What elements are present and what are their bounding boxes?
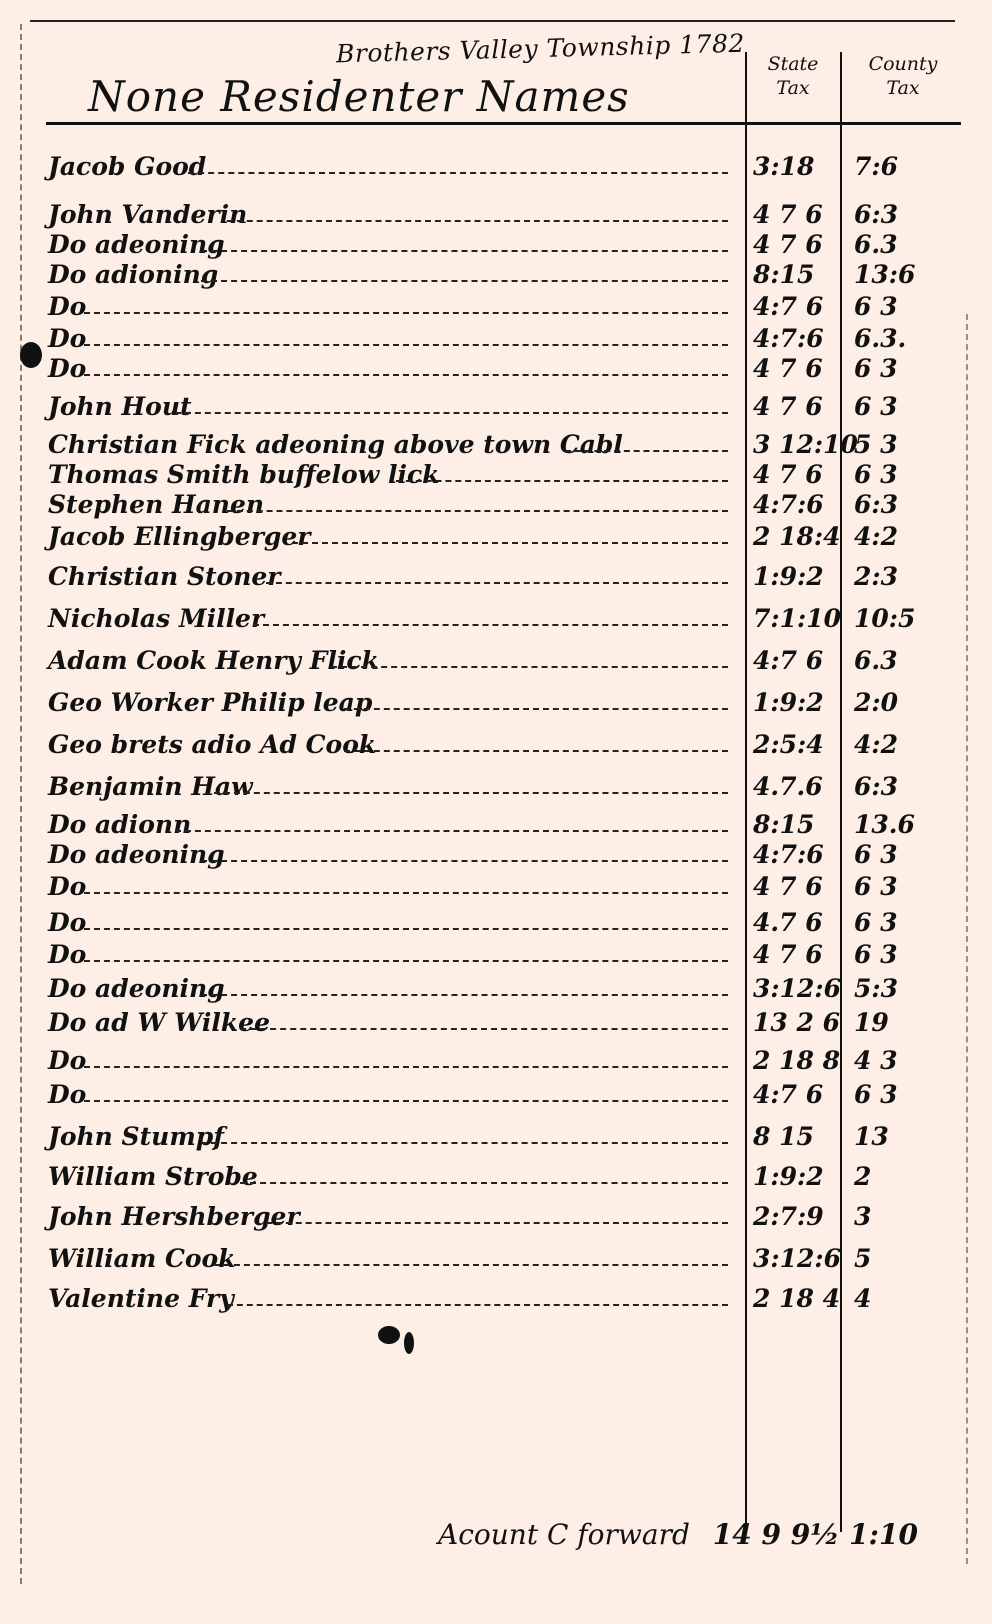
county-tax-amount: 5:3 [854, 974, 954, 1003]
county-tax-amount: 2 [854, 1162, 954, 1191]
list-title: None Residenter Names [88, 72, 630, 121]
county-tax-amount: 4:2 [854, 730, 954, 759]
county-tax-amount: 5 [854, 1244, 954, 1273]
ledger-row: Do4 7 66 3 [18, 354, 968, 388]
dotted-leader-line [175, 830, 728, 832]
state-tax-amount: 3:18 [753, 152, 843, 181]
footer-total: 14 9 9½ 1:10 [713, 1518, 918, 1551]
taxpayer-name: William Strobe [48, 1162, 258, 1191]
county-tax-amount: 6 3 [854, 872, 954, 901]
county-tax-amount: 6 3 [854, 354, 954, 383]
state-tax-amount: 3:12:6 [753, 974, 843, 1003]
ledger-row: Jacob Ellingberger2 18:44:2 [18, 522, 968, 556]
ledger-row: Do4:7 66 3 [18, 292, 968, 326]
taxpayer-name: Do adeoning [48, 974, 225, 1003]
state-tax-amount: 4.7 6 [753, 908, 843, 937]
county-tax-amount: 6.3 [854, 230, 954, 259]
township-heading: Brothers Valley Township 1782 [336, 29, 745, 69]
ledger-row: Valentine Fry2 18 44 [18, 1284, 968, 1318]
dotted-leader-line [253, 624, 728, 626]
county-tax-amount: 6 3 [854, 840, 954, 869]
state-tax-amount: 2:7:9 [753, 1202, 843, 1231]
dotted-leader-line [227, 1304, 728, 1306]
county-tax-amount: 2:3 [854, 562, 954, 591]
state-tax-amount: 4 7 6 [753, 200, 843, 229]
county-tax-amount: 2:0 [854, 688, 954, 717]
county-tax-column-header: County Tax [853, 52, 953, 100]
ledger-row: John Hout4 7 66 3 [18, 392, 968, 426]
ledger-page: Brothers Valley Township 1782 None Resid… [18, 14, 968, 1610]
taxpayer-name: William Cook [48, 1244, 236, 1273]
dotted-leader-line [227, 220, 728, 222]
state-tax-amount: 8 15 [753, 1122, 843, 1151]
state-tax-column-header: State Tax [750, 52, 836, 100]
ledger-row: William Strobe1:9:22 [18, 1162, 968, 1196]
taxpayer-name: Christian Fick adeoning above town Cabl [48, 430, 623, 459]
county-tax-amount: 4 [854, 1284, 954, 1313]
dotted-leader-line [84, 960, 728, 962]
dotted-leader-line [201, 994, 728, 996]
county-tax-amount: 19 [854, 1008, 954, 1037]
taxpayer-name: Thomas Smith buffelow lick [48, 460, 440, 489]
ledger-row: Adam Cook Henry Flick4:7 66.3 [18, 646, 968, 680]
state-tax-amount: 2 18:4 [753, 522, 843, 551]
county-tax-amount: 6 3 [854, 940, 954, 969]
taxpayer-name: Do [48, 940, 86, 969]
ledger-row: William Cook3:12:65 [18, 1244, 968, 1278]
taxpayer-name: Stephen Hanen [48, 490, 264, 519]
ledger-row: John Vanderin4 7 66:3 [18, 200, 968, 234]
county-tax-amount: 13 [854, 1122, 954, 1151]
ledger-row: Do ad W Wilkee13 2 619 [18, 1008, 968, 1042]
dotted-leader-line [266, 582, 728, 584]
ink-blot [404, 1332, 414, 1354]
ledger-row: Benjamin Haw4.7.66:3 [18, 772, 968, 806]
state-tax-amount: 2 18 8 [753, 1046, 843, 1075]
county-tax-amount: 6.3 [854, 646, 954, 675]
state-tax-amount: 8:15 [753, 260, 843, 289]
county-tax-amount: 4:2 [854, 522, 954, 551]
dotted-leader-line [84, 892, 728, 894]
ledger-row: Do4:7 66 3 [18, 1080, 968, 1114]
county-tax-amount: 6 3 [854, 292, 954, 321]
ledger-row: John Hershberger2:7:93 [18, 1202, 968, 1236]
ledger-row: Do adionn8:1513.6 [18, 810, 968, 844]
taxpayer-name: John Hershberger [48, 1202, 300, 1231]
taxpayer-name: Do [48, 324, 86, 353]
taxpayer-name: Do adionn [48, 810, 191, 839]
ledger-row: Christian Stoner1:9:22:3 [18, 562, 968, 596]
dotted-leader-line [84, 928, 728, 930]
ledger-row: Jacob Good3:187:6 [18, 152, 968, 186]
dotted-leader-line [84, 1066, 728, 1068]
ledger-row: Do4.7 66 3 [18, 908, 968, 942]
county-tax-amount: 6 3 [854, 460, 954, 489]
ledger-row: Do4 7 66 3 [18, 940, 968, 974]
taxpayer-name: Do [48, 872, 86, 901]
account-carried-forward: Acount C forward 14 9 9½ 1:10 [438, 1518, 918, 1551]
dotted-leader-line [266, 1222, 728, 1224]
state-tax-amount: 2:5:4 [753, 730, 843, 759]
ledger-row: John Stumpf8 1513 [18, 1122, 968, 1156]
state-tax-amount: 4 7 6 [753, 460, 843, 489]
ledger-row: Do2 18 84 3 [18, 1046, 968, 1080]
ink-blot [378, 1326, 400, 1344]
county-tax-amount: 4 3 [854, 1046, 954, 1075]
state-tax-amount: 4:7:6 [753, 490, 843, 519]
county-tax-amount: 7:6 [854, 152, 954, 181]
county-tax-amount: 13.6 [854, 810, 954, 839]
taxpayer-name: John Vanderin [48, 200, 247, 229]
dotted-leader-line [175, 412, 728, 414]
state-tax-amount: 4:7:6 [753, 324, 843, 353]
state-tax-amount: 1:9:2 [753, 562, 843, 591]
taxpayer-name: Nicholas Miller [48, 604, 264, 633]
ledger-row: Do4:7:66.3. [18, 324, 968, 358]
dotted-leader-line [201, 1142, 728, 1144]
state-tax-amount: 1:9:2 [753, 1162, 843, 1191]
state-tax-amount: 4 7 6 [753, 230, 843, 259]
state-tax-amount: 4.7.6 [753, 772, 843, 801]
county-tax-amount: 6:3 [854, 200, 954, 229]
dotted-leader-line [214, 1264, 728, 1266]
county-tax-amount: 6.3. [854, 324, 954, 353]
ledger-row: Do4 7 66 3 [18, 872, 968, 906]
state-tax-amount: 4 7 6 [753, 392, 843, 421]
dotted-leader-line [240, 1028, 728, 1030]
dotted-leader-line [240, 1182, 728, 1184]
state-tax-amount: 2 18 4 [753, 1284, 843, 1313]
dotted-leader-line [396, 480, 728, 482]
dotted-leader-line [201, 250, 728, 252]
dotted-leader-line [292, 542, 728, 544]
state-tax-amount: 13 2 6 [753, 1008, 843, 1037]
taxpayer-name: Do adeoning [48, 230, 225, 259]
county-tax-amount: 6:3 [854, 490, 954, 519]
taxpayer-name: Do ad W Wilkee [48, 1008, 270, 1037]
county-tax-amount: 6 3 [854, 908, 954, 937]
taxpayer-name: Do [48, 908, 86, 937]
dotted-leader-line [84, 374, 728, 376]
dotted-leader-line [188, 172, 728, 174]
dotted-leader-line [84, 344, 728, 346]
header-rule [46, 122, 961, 125]
county-tax-amount: 5 3 [854, 430, 954, 459]
ledger-row: Do adeoning3:12:65:3 [18, 974, 968, 1008]
taxpayer-name: Do [48, 292, 86, 321]
dotted-leader-line [201, 860, 728, 862]
state-tax-amount: 4:7 6 [753, 646, 843, 675]
top-border-rule [30, 20, 955, 22]
ledger-row: Do adeoning4 7 66.3 [18, 230, 968, 264]
taxpayer-name: Benjamin Haw [48, 772, 253, 801]
taxpayer-name: Do [48, 1080, 86, 1109]
ledger-row: Christian Fick adeoning above town Cabl3… [18, 430, 968, 464]
taxpayer-name: Valentine Fry [48, 1284, 234, 1313]
dotted-leader-line [214, 792, 728, 794]
county-tax-amount: 6 3 [854, 392, 954, 421]
state-tax-amount: 4:7:6 [753, 840, 843, 869]
state-tax-amount: 4:7 6 [753, 1080, 843, 1109]
ledger-row: Thomas Smith buffelow lick4 7 66 3 [18, 460, 968, 494]
taxpayer-name: Christian Stoner [48, 562, 280, 591]
taxpayer-name: Do [48, 1046, 86, 1075]
taxpayer-name: Do [48, 354, 86, 383]
county-tax-amount: 10:5 [854, 604, 954, 633]
dotted-leader-line [201, 280, 728, 282]
state-tax-amount: 1:9:2 [753, 688, 843, 717]
taxpayer-name: Jacob Ellingberger [48, 522, 310, 551]
taxpayer-name: Jacob Good [48, 152, 206, 181]
dotted-leader-line [84, 312, 728, 314]
dotted-leader-line [344, 750, 728, 752]
dotted-leader-line [344, 708, 728, 710]
state-tax-amount: 4 7 6 [753, 940, 843, 969]
taxpayer-name: Do adeoning [48, 840, 225, 869]
county-tax-amount: 3 [854, 1202, 954, 1231]
ledger-row: Do adeoning4:7:66 3 [18, 840, 968, 874]
state-tax-amount: 3 12:10 [753, 430, 843, 459]
taxpayer-name: Adam Cook Henry Flick [48, 646, 379, 675]
state-tax-amount: 4 7 6 [753, 872, 843, 901]
county-tax-amount: 6:3 [854, 772, 954, 801]
ledger-row: Geo brets adio Ad Cook2:5:44:2 [18, 730, 968, 764]
dotted-leader-line [84, 1100, 728, 1102]
state-tax-amount: 7:1:10 [753, 604, 843, 633]
taxpayer-name: Geo Worker Philip leap [48, 688, 372, 717]
state-tax-amount: 8:15 [753, 810, 843, 839]
dotted-leader-line [565, 450, 728, 452]
dotted-leader-line [227, 510, 728, 512]
taxpayer-name: John Hout [48, 392, 192, 421]
state-tax-amount: 4:7 6 [753, 292, 843, 321]
footer-label: Acount C forward [438, 1518, 690, 1551]
county-tax-amount: 6 3 [854, 1080, 954, 1109]
taxpayer-name: John Stumpf [48, 1122, 224, 1151]
ledger-row: Stephen Hanen4:7:66:3 [18, 490, 968, 524]
taxpayer-name: Do adioning [48, 260, 218, 289]
state-tax-amount: 3:12:6 [753, 1244, 843, 1273]
taxpayer-name: Geo brets adio Ad Cook [48, 730, 376, 759]
ledger-row: Do adioning8:1513:6 [18, 260, 968, 294]
dotted-leader-line [331, 666, 728, 668]
ledger-row: Nicholas Miller7:1:1010:5 [18, 604, 968, 638]
state-tax-amount: 4 7 6 [753, 354, 843, 383]
county-tax-amount: 13:6 [854, 260, 954, 289]
ledger-row: Geo Worker Philip leap1:9:22:0 [18, 688, 968, 722]
